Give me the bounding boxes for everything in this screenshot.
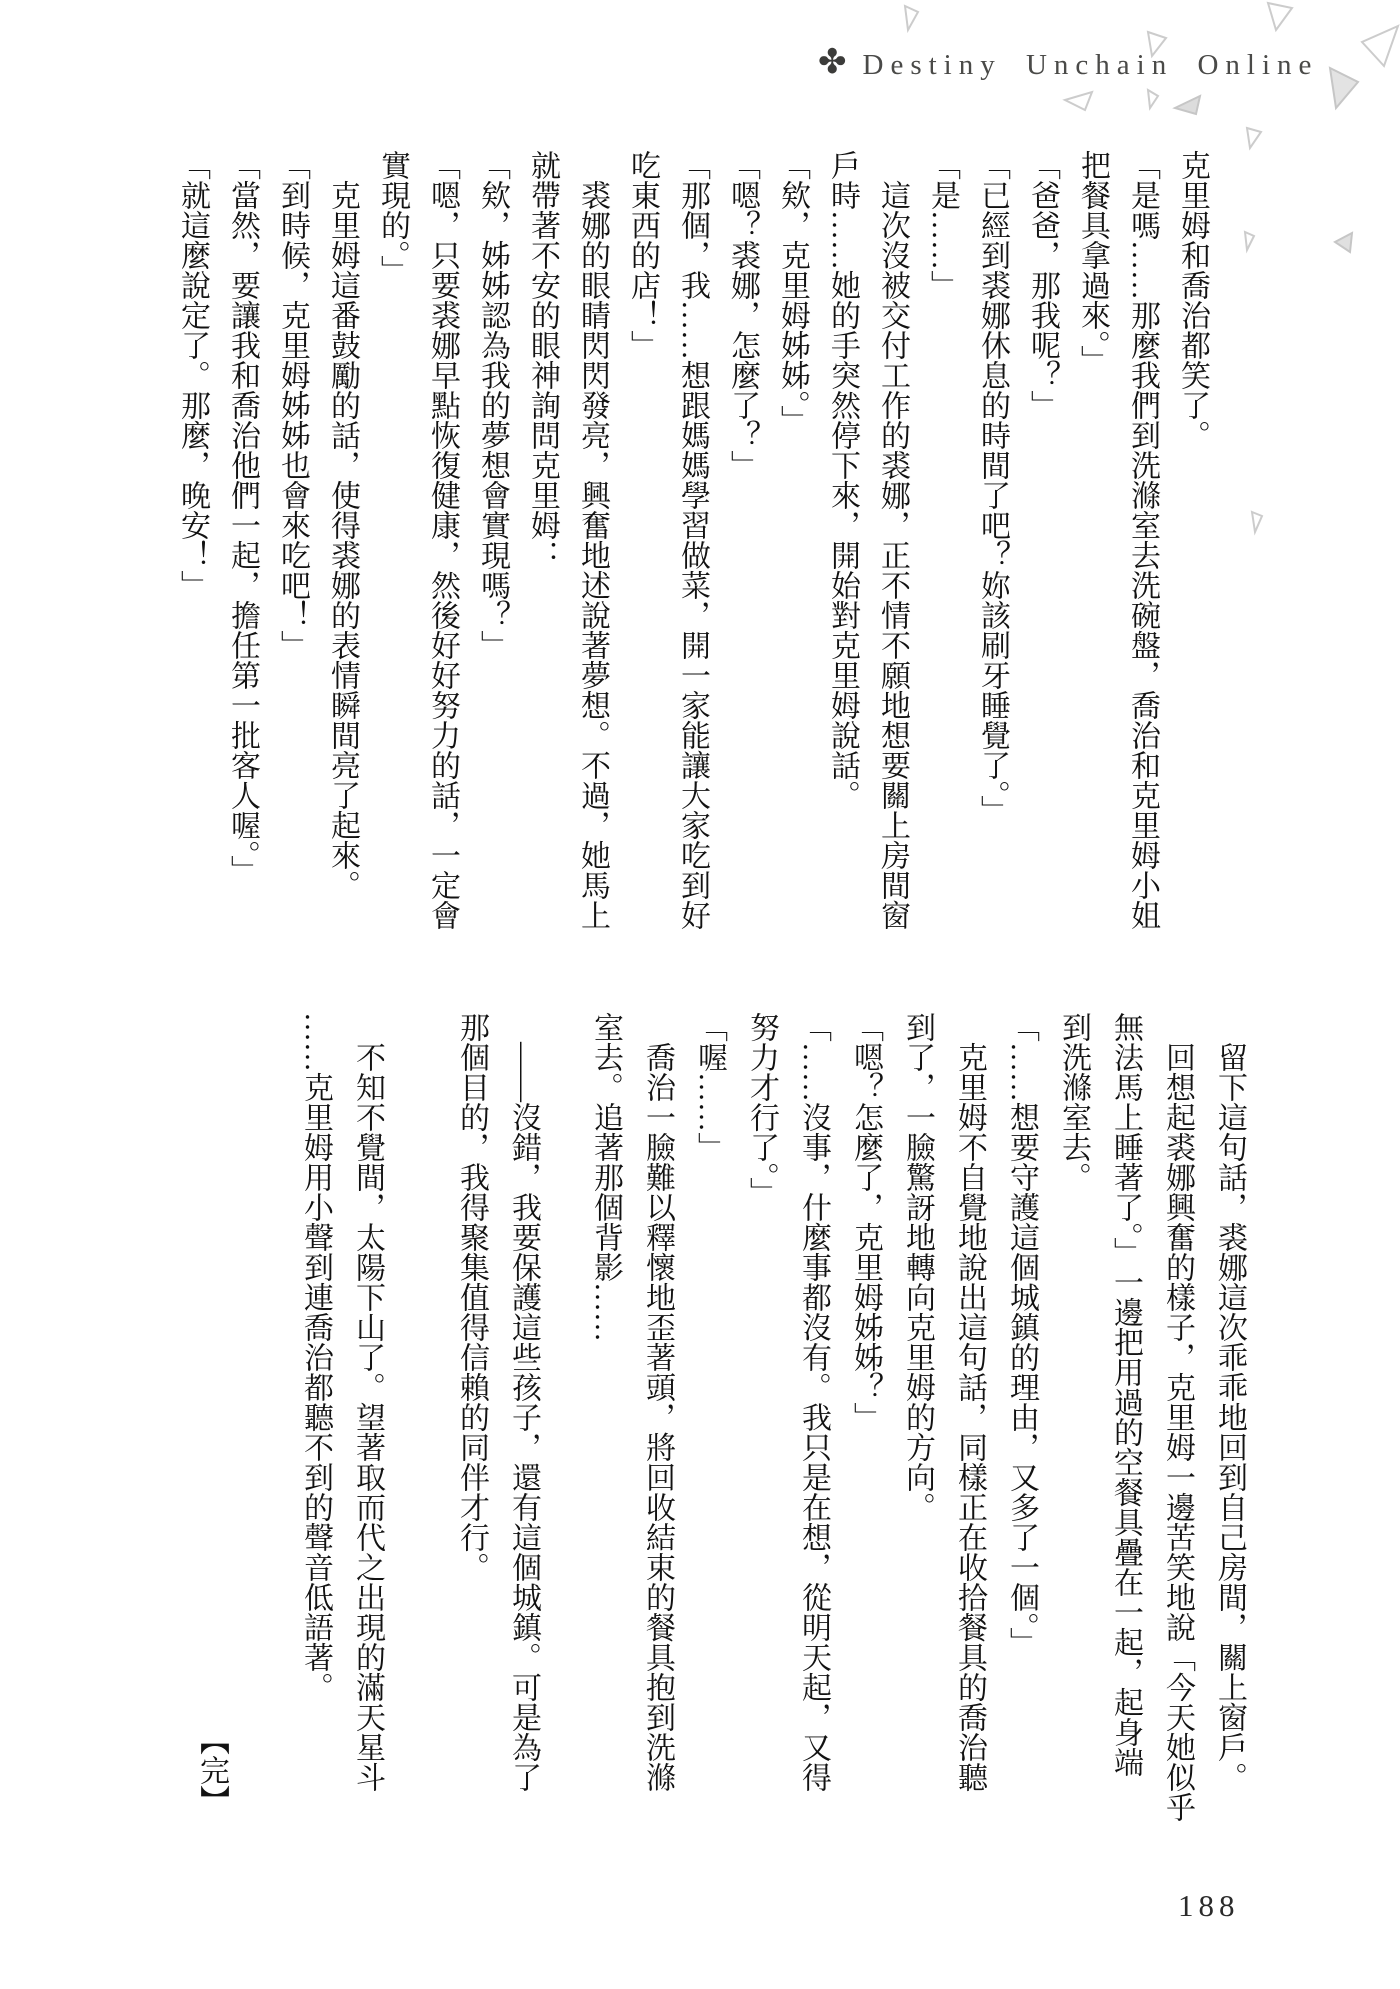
text-line: 「嗯？裘娜，怎麼了？」 bbox=[717, 150, 767, 950]
text-line: 吃東西的店！」 bbox=[617, 150, 667, 950]
cross-ornament-icon: ✤ bbox=[818, 46, 847, 80]
text-line: 戶時……她的手突然停下來，開始對克里姆說話。 bbox=[817, 150, 867, 950]
text-line: 「那個，我……想跟媽媽學習做菜，開一家能讓大家吃到好 bbox=[667, 150, 717, 950]
text-line: 那個目的，我得聚集值得信賴的同伴才行。 bbox=[445, 1012, 497, 1860]
text-line: 「欸，克里姆姊姊。」 bbox=[767, 150, 817, 950]
text-line: 「當然，要讓我和喬治他們一起，擔任第一批客人喔。」 bbox=[217, 150, 267, 950]
text-line: 這次沒被交付工作的裘娜，正不情不願地想要關上房間窗 bbox=[867, 150, 917, 950]
text-line: 「……想要守護這個城鎮的理由，又多了一個。」 bbox=[995, 1012, 1047, 1860]
text-line: 努力才行了。」 bbox=[735, 1012, 787, 1860]
text-line: ——沒錯，我要保護這些孩子，還有這個城鎮。可是為了 bbox=[497, 1012, 549, 1860]
text-line: 留下這句話，裘娜這次乖乖地回到自己房間，關上窗戶。 bbox=[1203, 1012, 1255, 1860]
page-number: 188 bbox=[1178, 1888, 1240, 1924]
text-line: 回想起裘娜興奮的樣子，克里姆一邊苦笑地說「今天她似乎 bbox=[1151, 1012, 1203, 1860]
text-line: 「是……」 bbox=[917, 150, 967, 950]
page-title: Destiny Unchain Online bbox=[863, 49, 1319, 82]
text-line: 「喔……」 bbox=[683, 1012, 735, 1860]
text-line: 「到時候，克里姆姊姊也會來吃吧！」 bbox=[267, 150, 317, 950]
text-line: 到洗滌室去。 bbox=[1047, 1012, 1099, 1860]
vertical-text-block-bottom: 留下這句話，裘娜這次乖乖地回到自己房間，關上窗戶。回想起裘娜興奮的樣子，克里姆一… bbox=[181, 1012, 1255, 1860]
text-line: 「是嗎……那麼我們到洗滌室去洗碗盤，喬治和克里姆小姐 bbox=[1117, 150, 1167, 950]
vertical-text-block-top: 克里姆和喬治都笑了。「是嗎……那麼我們到洗滌室去洗碗盤，喬治和克里姆小姐把餐具拿… bbox=[163, 150, 1217, 950]
text-line: 「就這麼說定了。那麼，晚安！」 bbox=[167, 150, 217, 950]
text-line: 室去。追著那個背影…… bbox=[579, 1012, 631, 1860]
text-line: 裘娜的眼睛閃閃發亮，興奮地述說著夢想。不過，她馬上 bbox=[567, 150, 617, 950]
text-line: 「……沒事，什麼事都沒有。我只是在想，從明天起，又得 bbox=[787, 1012, 839, 1860]
text-line: 克里姆這番鼓勵的話，使得裘娜的表情瞬間亮了起來。 bbox=[317, 150, 367, 950]
text-line: 無法馬上睡著了。」一邊把用過的空餐具疊在一起，起身端 bbox=[1099, 1012, 1151, 1860]
header: ✤ Destiny Unchain Online bbox=[818, 48, 1318, 82]
text-line: 喬治一臉難以釋懷地歪著頭，將回收結束的餐具抱到洗滌 bbox=[631, 1012, 683, 1860]
book-page: ✤ Destiny Unchain Online 克里姆和喬治都笑了。「是嗎……… bbox=[0, 0, 1400, 1989]
text-line: 「已經到裘娜休息的時間了吧？妳該刷牙睡覺了。」 bbox=[967, 150, 1017, 950]
text-line: 克里姆不自覺地說出這句話，同樣正在收拾餐具的喬治聽 bbox=[943, 1012, 995, 1860]
text-line: 「欸，姊姊認為我的夢想會實現嗎？」 bbox=[467, 150, 517, 950]
text-line: 克里姆和喬治都笑了。 bbox=[1167, 150, 1217, 950]
text-line: 「嗯？怎麼了，克里姆姊姊？」 bbox=[839, 1012, 891, 1860]
text-line: 實現的。」 bbox=[367, 150, 417, 950]
text-line: 不知不覺間，太陽下山了。望著取而代之出現的滿天星斗 bbox=[341, 1012, 393, 1860]
text-line: 「爸爸，那我呢？」 bbox=[1017, 150, 1067, 950]
end-mark: 【完】 bbox=[185, 1012, 237, 1860]
text-line: 把餐具拿過來。」 bbox=[1067, 150, 1117, 950]
text-line: 「嗯，只要裘娜早點恢復健康，然後好好努力的話，一定會 bbox=[417, 150, 467, 950]
text-line: 到了，一臉驚訝地轉向克里姆的方向。 bbox=[891, 1012, 943, 1860]
text-line: 就帶著不安的眼神詢問克里姆： bbox=[517, 150, 567, 950]
text-line: ……克里姆用小聲到連喬治都聽不到的聲音低語著。 bbox=[289, 1012, 341, 1860]
